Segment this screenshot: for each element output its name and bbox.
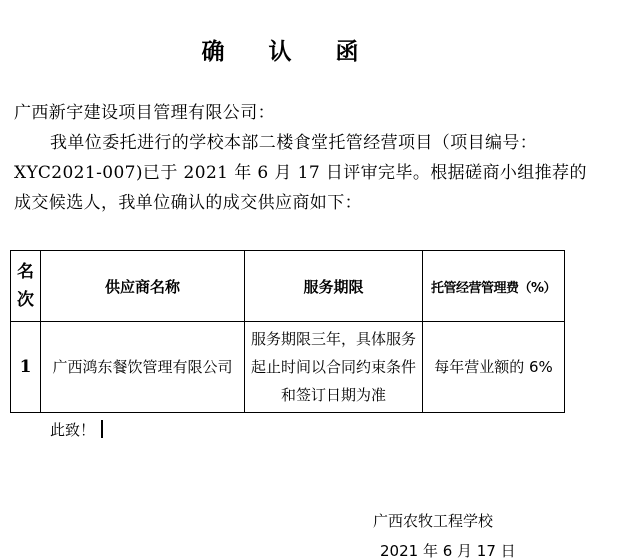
cell-rank: 1 <box>11 322 41 413</box>
title-char: 函 <box>336 33 359 66</box>
title-char: 确 <box>202 33 225 66</box>
header-rank: 名次 <box>11 251 41 322</box>
title-char: 认 <box>269 33 292 66</box>
closing-line[interactable]: 此致！ <box>50 420 103 440</box>
cell-supplier: 广西鸿东餐饮管理有限公司 <box>41 322 245 413</box>
paragraph-line-3: 成交候选人，我单位确认的成交供应商如下： <box>14 193 362 213</box>
header-supplier: 供应商名称 <box>41 251 245 322</box>
text-cursor <box>101 420 103 438</box>
paragraph-line-1: 我单位委托进行的学校本部二楼食堂托管经营项目（项目编号： <box>50 133 537 153</box>
cell-fee: 每年营业额的 6% <box>423 322 565 413</box>
supplier-table: 名次 供应商名称 服务期限 托管经营管理费（%） 1 广西鸿东餐饮管理有限公司 … <box>10 250 565 413</box>
signature: 广西农牧工程学校 <box>373 510 493 531</box>
cell-period: 服务期限三年，具体服务起止时间以合同约束条件和签订日期为准 <box>245 322 423 413</box>
header-period: 服务期限 <box>245 251 423 322</box>
table-row: 1 广西鸿东餐饮管理有限公司 服务期限三年，具体服务起止时间以合同约束条件和签订… <box>11 322 565 413</box>
paragraph-line-2: XYC2021-007)已于 2021 年 6 月 17 日评审完毕。根据磋商小… <box>14 163 587 183</box>
header-fee: 托管经营管理费（%） <box>423 251 565 322</box>
signature-date: 2021 年 6 月 17 日 <box>380 540 516 558</box>
table-header-row: 名次 供应商名称 服务期限 托管经营管理费（%） <box>11 251 565 322</box>
salutation: 广西新宇建设项目管理有限公司： <box>14 103 275 123</box>
closing-text: 此致！ <box>50 421 95 439</box>
document-title: 确认函 <box>0 33 560 66</box>
